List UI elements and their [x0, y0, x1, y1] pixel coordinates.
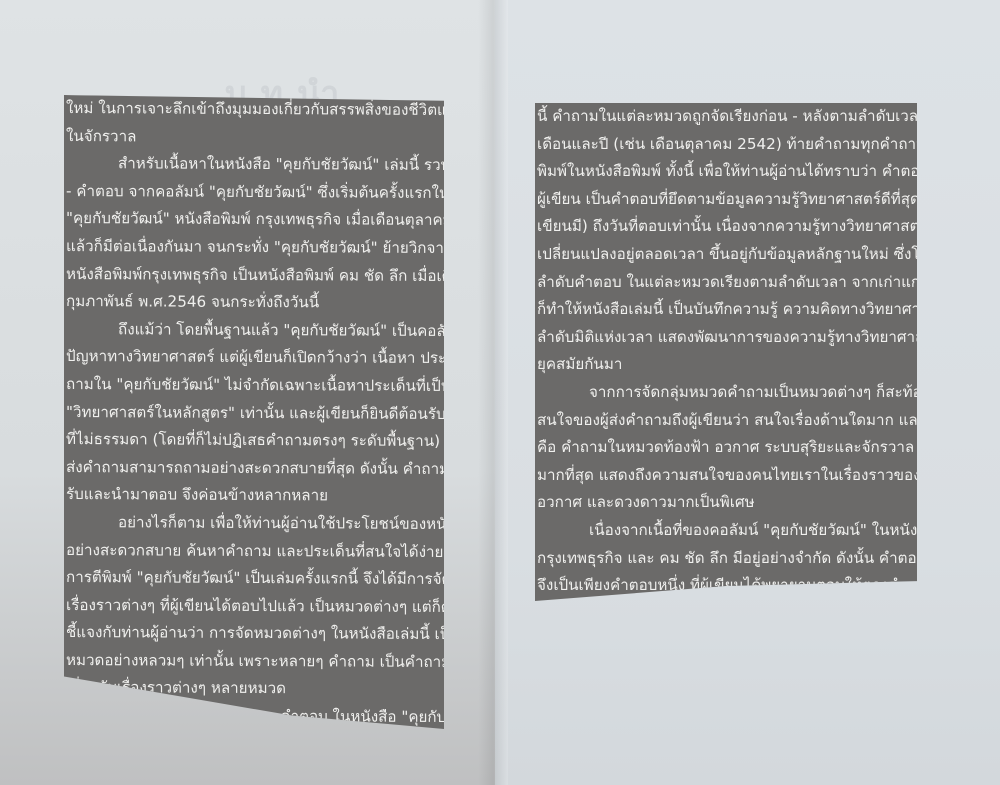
text-line: ก็ทำให้หนังสือเล่มนี้ เป็นบันทึกความรู้ …: [537, 296, 913, 324]
text-line: หนังสือพิมพ์กรุงเทพธุรกิจ เป็นหนังสือพิม…: [66, 261, 444, 291]
text-line: ใหม่ ในการเจาะลึกเข้าถึงมุมมองเกี่ยวกับส…: [66, 95, 444, 125]
text-line: ในการจัดหมวดคำถาม - คำตอบ ในหนังสือ "คุย…: [66, 702, 444, 729]
text-line: ถามใน "คุยกับชัยวัฒน์" ไม่จำกัดเฉพาะเนื้…: [66, 371, 444, 401]
text-line: รับและนำมาตอบ จึงค่อนข้างหลากหลาย: [66, 481, 444, 511]
text-line: หมวดอย่างหลวมๆ เท่านั้น เพราะหลายๆ คำถาม…: [66, 647, 444, 677]
text-line: ลำดับคำตอบ ในแต่ละหมวดเรียงตามลำดับเวลา …: [537, 269, 913, 297]
text-line: สนใจของผู้ส่งคำถามถึงผู้เขียนว่า สนใจเรื…: [537, 407, 913, 435]
right-page-highlighted-text: นี้ คำถามในแต่ละหมวดถูกจัดเรียงก่อน - หล…: [535, 103, 917, 601]
text-line: ในจักรวาล: [66, 123, 444, 153]
text-line: มากที่สุด แสดงถึงความสนใจของคนไทยเราในเร…: [537, 462, 913, 490]
text-line: ชี้แจงกับท่านผู้อ่านว่า การจัดหมวดต่างๆ …: [66, 619, 444, 649]
text-line: เนื่องกับเรื่องราวต่างๆ หลายหมวด: [66, 674, 444, 704]
text-line: แล้วก็มีต่อเนื่องกันมา จนกระทั่ง "คุยกับ…: [66, 233, 444, 263]
text-line: ยุคสมัยกันมา: [537, 351, 913, 379]
text-line: เดือนและปี (เช่น เดือนตุลาคม 2542) ท้ายค…: [537, 131, 913, 159]
text-line: ส่งคำถามสามารถถามอย่างสะดวกสบายที่สุด ดั…: [66, 454, 444, 484]
text-line: เรื่องราวต่างๆ ที่ผู้เขียนได้ตอบไปแล้ว เ…: [66, 592, 444, 622]
text-line: นี้ คำถามในแต่ละหมวดถูกจัดเรียงก่อน - หล…: [537, 103, 913, 131]
text-line: จึงเป็นเพียงคำตอบหนึ่ง ที่ผู้เขียนได้พยา…: [537, 572, 913, 600]
text-line: การตีพิมพ์ "คุยกับชัยวัฒน์" เป็นเล่มครั้…: [66, 564, 444, 594]
text-line: กรุงเทพธุรกิจ และ คม ชัด ลึก มีอยู่อย่าง…: [537, 545, 913, 573]
text-line: เนื่องจากเนื้อที่ของคอลัมน์ "คุยกับชัยวั…: [537, 517, 913, 545]
open-book: บทนำ ใหม่ ในการเจาะลึกเข้าถึงมุมมองเกี่ย…: [0, 0, 1000, 785]
text-line: กุมภาพันธ์ พ.ศ.2546 จนกระทั่งถึงวันนี้: [66, 288, 444, 318]
text-line: "คุยกับชัยวัฒน์" หนังสือพิมพ์ กรุงเทพธุร…: [66, 205, 444, 235]
text-line: ถึงแม้ว่า โดยพื้นฐานแล้ว "คุยกับชัยวัฒน์…: [66, 316, 444, 346]
text-line: เขียนมี) ถึงวันที่ตอบเท่านั้น เนื่องจากค…: [537, 213, 913, 241]
text-line: ผู้เขียน เป็นคำตอบที่ยึดตามข้อมูลความรู้…: [537, 186, 913, 214]
book-gutter: [478, 0, 508, 785]
text-line: อาจจะยังไม่ครบสมบูรณ์ในทุกๆ ด้านของคำตอบ…: [537, 600, 913, 601]
text-line: ปัญหาทางวิทยาศาสตร์ แต่ผู้เขียนก็เปิดกว้…: [66, 343, 444, 373]
text-line: - คำตอบ จากคอลัมน์ "คุยกับชัยวัฒน์" ซึ่ง…: [66, 178, 444, 208]
text-line: ลำดับมิติแห่งเวลา แสดงพัฒนาการของความรู้…: [537, 324, 913, 352]
text-line: อย่างสะดวกสบาย ค้นหาคำถาม และประเด็นที่ส…: [66, 537, 444, 567]
text-line: "วิทยาศาสตร์ในหลักสูตร" เท่านั้น และผู้เ…: [66, 399, 444, 429]
text-line: พิมพ์ในหนังสือพิมพ์ ทั้งนี้ เพื่อให้ท่าน…: [537, 158, 913, 186]
right-page: นี้ คำถามในแต่ละหมวดถูกจัดเรียงก่อน - หล…: [495, 0, 1000, 785]
left-page: บทนำ ใหม่ ในการเจาะลึกเข้าถึงมุมมองเกี่ย…: [0, 0, 495, 785]
text-line: อย่างไรก็ตาม เพื่อให้ท่านผู้อ่านใช้ประโย…: [66, 509, 444, 539]
text-line: เปลี่ยนแปลงอยู่ตลอดเวลา ขึ้นอยู่กับข้อมู…: [537, 241, 913, 269]
text-line: ที่ไม่ธรรมดา (โดยที่ก็ไม่ปฏิเสธคำถามตรงๆ…: [66, 426, 444, 456]
text-line: คือ คำถามในหมวดท้องฟ้า อวกาศ ระบบสุริยะแ…: [537, 434, 913, 462]
text-line: อวกาศ และดวงดาวมากเป็นพิเศษ: [537, 489, 913, 517]
text-line: จากการจัดกลุ่มหมวดคำถามเป็นหมวดต่างๆ ก็ส…: [537, 379, 913, 407]
left-page-highlighted-text: ใหม่ ในการเจาะลึกเข้าถึงมุมมองเกี่ยวกับส…: [64, 95, 444, 729]
text-line: สำหรับเนื้อหาในหนังสือ "คุยกับชัยวัฒน์" …: [66, 150, 444, 180]
